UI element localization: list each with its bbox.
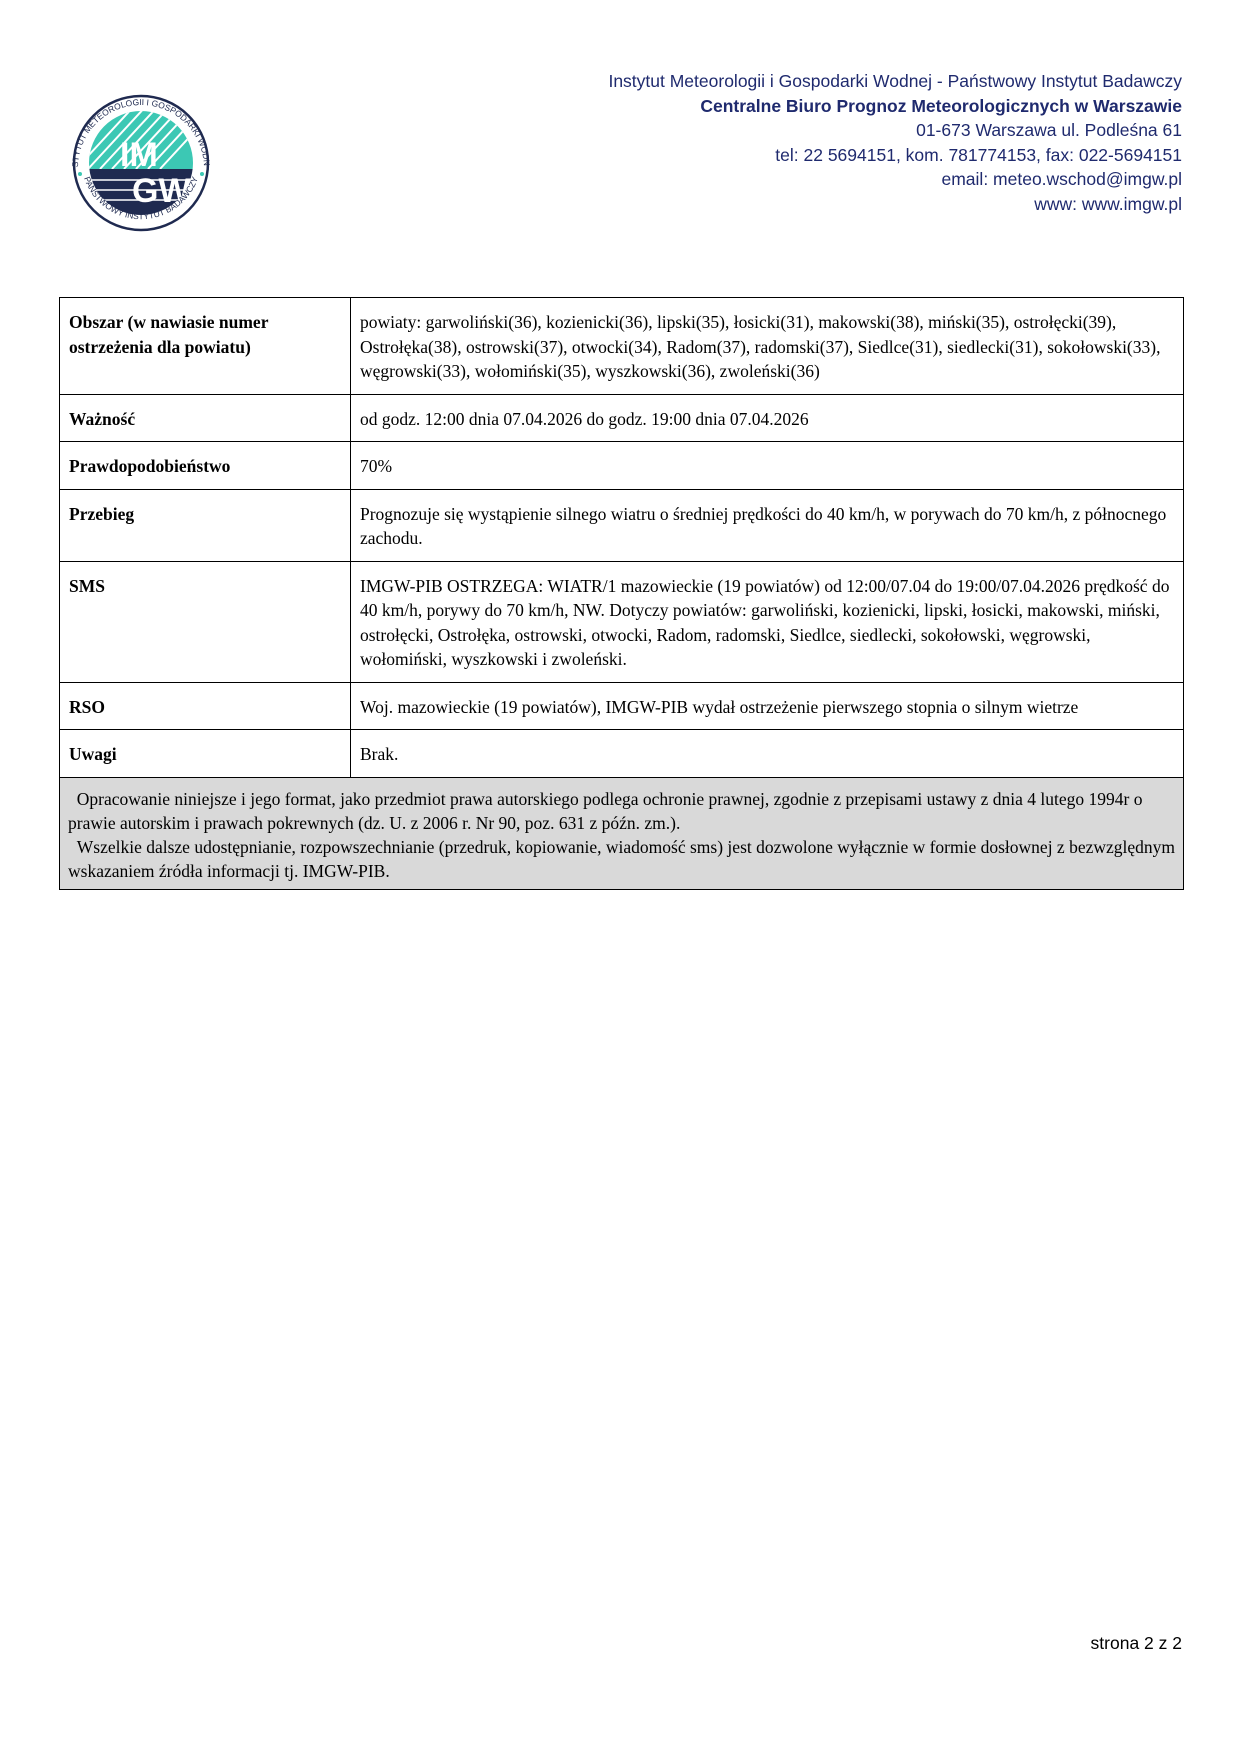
table-row: Ważność od godz. 12:00 dnia 07.04.2026 d… xyxy=(60,394,1184,442)
email-link[interactable]: email: meteo.wschod@imgw.pl xyxy=(608,167,1182,192)
imgw-logo-icon: IM GW INSTYTUT METEOROLOGII I GOSPODARKI… xyxy=(60,94,222,232)
row-value-probability: 70% xyxy=(351,442,1184,490)
copyright-row: Opracowanie niniejsze i jego format, jak… xyxy=(60,777,1184,889)
row-label-remarks: Uwagi xyxy=(60,730,351,778)
row-value-sms: IMGW-PIB OSTRZEGA: WIATR/1 mazowieckie (… xyxy=(351,561,1184,682)
row-value-remarks: Brak. xyxy=(351,730,1184,778)
website-link[interactable]: www: www.imgw.pl xyxy=(608,192,1182,217)
row-label-course: Przebieg xyxy=(60,489,351,561)
row-label-area: Obszar (w nawiasie numer ostrzeżenia dla… xyxy=(60,298,351,395)
table-row: Prawdopodobieństwo 70% xyxy=(60,442,1184,490)
row-value-area: powiaty: garwoliński(36), kozienicki(36)… xyxy=(351,298,1184,395)
copyright-note: Opracowanie niniejsze i jego format, jak… xyxy=(60,777,1184,889)
table-row: Przebieg Prognozuje się wystąpienie siln… xyxy=(60,489,1184,561)
address: 01-673 Warszawa ul. Podleśna 61 xyxy=(608,118,1182,143)
table-row: Uwagi Brak. xyxy=(60,730,1184,778)
institute-header: Instytut Meteorologii i Gospodarki Wodne… xyxy=(608,69,1182,217)
table-row: Obszar (w nawiasie numer ostrzeżenia dla… xyxy=(60,298,1184,395)
row-label-rso: RSO xyxy=(60,682,351,730)
table-row: SMS IMGW-PIB OSTRZEGA: WIATR/1 mazowieck… xyxy=(60,561,1184,682)
institute-name: Instytut Meteorologii i Gospodarki Wodne… xyxy=(608,69,1182,94)
svg-text:IM: IM xyxy=(120,136,158,174)
row-value-course: Prognozuje się wystąpienie silnego wiatr… xyxy=(351,489,1184,561)
row-label-sms: SMS xyxy=(60,561,351,682)
phone: tel: 22 5694151, kom. 781774153, fax: 02… xyxy=(608,143,1182,168)
bureau-name: Centralne Biuro Prognoz Meteorologicznyc… xyxy=(608,94,1182,119)
row-label-validity: Ważność xyxy=(60,394,351,442)
row-value-validity: od godz. 12:00 dnia 07.04.2026 do godz. … xyxy=(351,394,1184,442)
page-number: strona 2 z 2 xyxy=(1091,1633,1182,1654)
row-label-probability: Prawdopodobieństwo xyxy=(60,442,351,490)
table-row: RSO Woj. mazowieckie (19 powiatów), IMGW… xyxy=(60,682,1184,730)
copyright-paragraph-2: Wszelkie dalsze udostępnianie, rozpowsze… xyxy=(68,835,1175,883)
copyright-paragraph-1: Opracowanie niniejsze i jego format, jak… xyxy=(68,787,1175,835)
warning-table: Obszar (w nawiasie numer ostrzeżenia dla… xyxy=(59,297,1184,890)
imgw-logo: IM GW INSTYTUT METEOROLOGII I GOSPODARKI… xyxy=(60,94,222,232)
row-value-rso: Woj. mazowieckie (19 powiatów), IMGW-PIB… xyxy=(351,682,1184,730)
